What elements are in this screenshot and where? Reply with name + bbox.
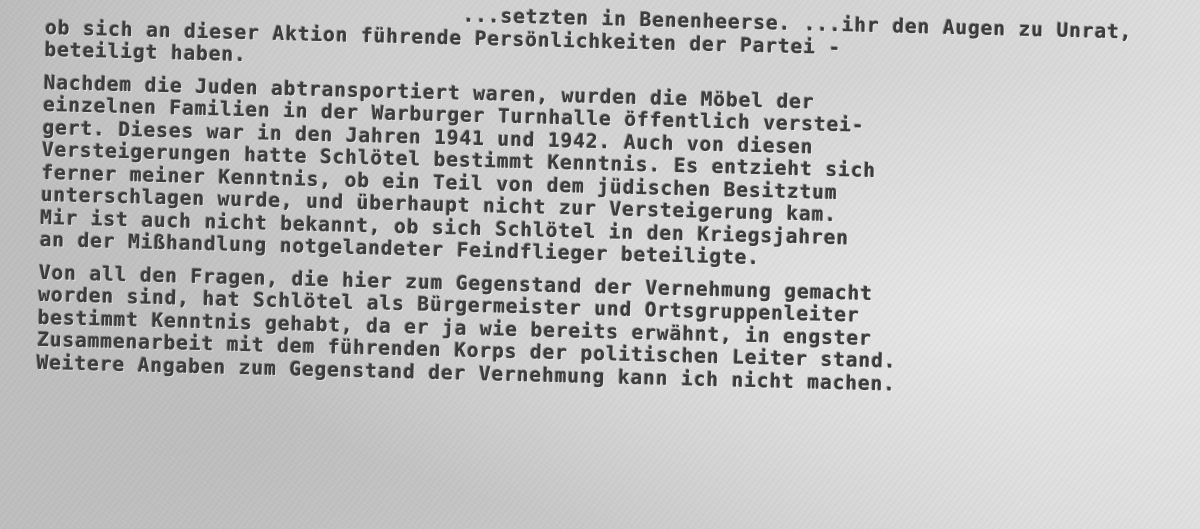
paragraph-2: Nachdem die Juden abtransportiert waren,…	[39, 71, 1163, 279]
line-text: beteiligt haben.	[44, 38, 247, 66]
document-photo: ...setzten in Benenheerse. ...ihr den Au…	[0, 0, 1200, 529]
paragraph-3: Von all den Fragen, die hier zum Gegenst…	[36, 261, 1158, 402]
typewritten-text: ...setzten in Benenheerse. ...ihr den Au…	[36, 0, 1166, 412]
